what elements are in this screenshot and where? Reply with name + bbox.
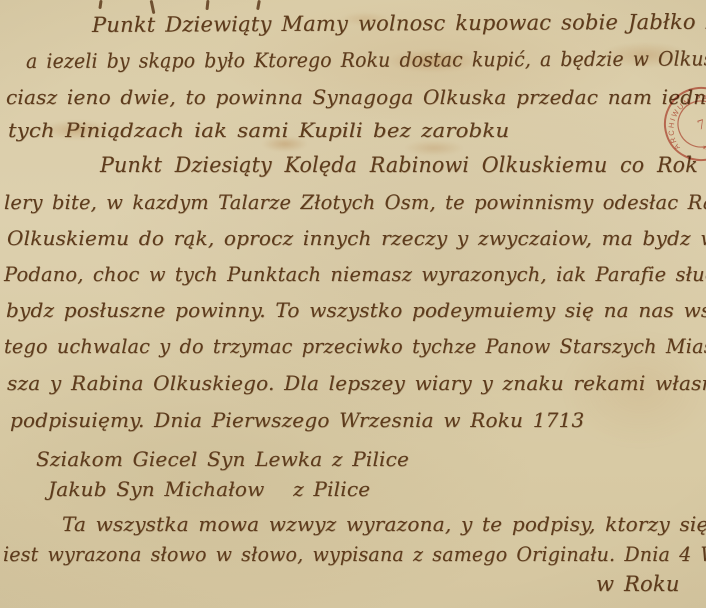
manuscript-signature-line: Jakub Syn Michałow z Pilice [48, 477, 370, 501]
manuscript-line: w Roku [596, 572, 680, 596]
manuscript-signature-line: Sziakom Giecel Syn Lewka z Pilice [36, 447, 409, 471]
manuscript-line: Olkuskiemu do rąk, oprocz innych rzeczy … [7, 226, 706, 250]
manuscript-page: Punkt Dziewiąty Mamy wolnosc kupowac sob… [0, 0, 706, 608]
manuscript-line: tych Piniądzach iak sami Kupili bez zaro… [8, 118, 509, 142]
manuscript-line: a iezeli by skąpo było Ktorego Roku dost… [26, 46, 706, 73]
manuscript-line: Ta wszystka mowa wzwyz wyrazona, y te po… [62, 512, 706, 536]
cropped-ink-stroke [205, 0, 209, 10]
stamp-number: 7 [696, 117, 706, 133]
cropped-ink-stroke [256, 0, 261, 10]
stamp-ring-text: ARCHIWUM PAŃSTWOWE [641, 64, 706, 164]
manuscript-line: ciasz ieno dwie, to powinna Synagoga Olk… [6, 85, 706, 109]
svg-text:ARCHIWUM PAŃSTWOWE: ARCHIWUM PAŃSTWOWE [641, 64, 706, 164]
manuscript-line: lery bite, w kazdym Talarze Złotych Osm,… [4, 190, 706, 214]
manuscript-line: tego uchwalac y do trzymac przeciwko tyc… [4, 334, 706, 358]
manuscript-line: sza y Rabina Olkuskiego. Dla lepszey wia… [7, 371, 706, 395]
manuscript-line: bydz posłuszne powinny. To wszystko pode… [6, 298, 706, 322]
cropped-ink-stroke [98, 0, 102, 9]
archive-stamp: ARCHIWUM PAŃSTWOWE 7 ✶ ✶ [641, 64, 706, 184]
stamp-bottom-marks: ✶ ✶ [701, 141, 706, 153]
manuscript-line: iest wyrazona słowo w słowo, wypisana z … [3, 542, 706, 566]
manuscript-line: podpisuięmy. Dnia Pierwszego Wrzesnia w … [10, 408, 584, 432]
manuscript-line: Punkt Dziesiąty Kolęda Rabinowi Olkuskie… [100, 153, 706, 177]
manuscript-line: Punkt Dziewiąty Mamy wolnosc kupowac sob… [92, 9, 706, 37]
manuscript-line: Podano, choc w tych Punktach niemasz wyr… [4, 262, 706, 286]
